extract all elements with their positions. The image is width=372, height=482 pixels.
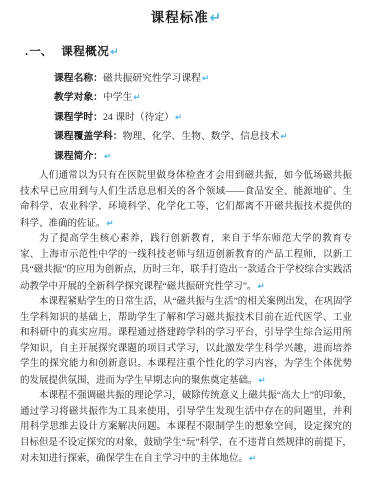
field-value: 中学生 <box>103 92 132 103</box>
paragraph-mark-icon: ↵ <box>210 10 221 25</box>
field-course-intro: 课程简介：↵ <box>54 147 352 166</box>
paragraph-mark-icon: ↵ <box>280 131 287 141</box>
document-title: 课程标准 <box>151 10 209 25</box>
paragraph-mark-icon: ↵ <box>249 453 256 463</box>
document-page: 课程标准↵ .一、课程概况↵ 课程名称：磁共振研究性学习课程↵ 教学对象：中学生… <box>0 0 372 482</box>
paragraph-mark-icon: ↵ <box>202 73 209 83</box>
field-teaching-target: 教学对象：中学生↵ <box>54 88 352 107</box>
field-covered-subjects: 课程覆盖学科：物理、化学、生物、数学、信息技术↵ <box>54 127 352 146</box>
field-course-name: 课程名称：磁共振研究性学习课程↵ <box>54 69 352 88</box>
paragraph: 本课程紧贴学生的日常生活，从“磁共振与生活”的相关案例出发，在巩固学生学科知识的… <box>20 295 352 389</box>
field-course-hours: 课程学时：24 课时（待定）↵ <box>54 108 352 127</box>
paragraph-text: 为了提高学生核心素养，践行创新教育，来自于华东师范大学的教育专家、上海市示范性中… <box>20 234 352 292</box>
field-value: 物理、化学、生物、数学、信息技术 <box>123 131 280 142</box>
introduction-body: 人们通常以为只有在医院里做身体检查才会用到磁共振，如今低场磁共振技术早已应用到与… <box>20 169 352 468</box>
field-value: 24 课时（待定） <box>103 112 174 123</box>
paragraph-mark-icon: ↵ <box>133 92 140 102</box>
paragraph-text: 本课程紧贴学生的日常生活，从“磁共振与生活”的相关案例出发，在巩固学生学科知识的… <box>20 297 352 386</box>
field-label: 教学对象： <box>54 92 103 103</box>
paragraph: 为了提高学生核心素养，践行创新教育，来自于华东师范大学的教育专家、上海市示范性中… <box>20 232 352 295</box>
course-info-fields: 课程名称：磁共振研究性学习课程↵ 教学对象：中学生↵ 课程学时：24 课时（待定… <box>54 69 352 166</box>
paragraph-mark-icon: ↵ <box>104 151 111 161</box>
document-title-line: 课程标准↵ <box>20 6 352 27</box>
paragraph-mark-icon: ↵ <box>110 47 118 58</box>
paragraph: 人们通常以为只有在医院里做身体检查才会用到磁共振，如今低场磁共振技术早已应用到与… <box>20 169 352 232</box>
paragraph: 本课程不强调磁共振的理论学习，破除传统意义上磁共振“高大上”的印象，通过学习将磁… <box>20 389 352 468</box>
paragraph-mark-icon: ↵ <box>175 112 182 122</box>
field-label: 课程简介： <box>54 151 103 162</box>
heading-number: 一、 <box>29 46 52 58</box>
paragraph-mark-icon: ↵ <box>107 218 114 228</box>
field-label: 课程名称： <box>54 73 103 84</box>
section-heading: .一、课程概况↵ <box>25 43 352 59</box>
field-label: 课程学时： <box>54 112 103 123</box>
heading-bullet: . <box>25 46 28 58</box>
field-label: 课程覆盖学科： <box>54 131 123 142</box>
heading-text: 课程概况 <box>61 46 109 58</box>
paragraph-mark-icon: ↵ <box>259 375 266 385</box>
field-value: 磁共振研究性学习课程 <box>103 73 201 84</box>
paragraph-mark-icon: ↵ <box>257 281 264 291</box>
paragraph-text: 本课程不强调磁共振的理论学习，破除传统意义上磁共振“高大上”的印象，通过学习将磁… <box>20 391 352 464</box>
paragraph-text: 人们通常以为只有在医院里做身体检查才会用到磁共振，如今低场磁共振技术早已应用到与… <box>20 171 352 229</box>
